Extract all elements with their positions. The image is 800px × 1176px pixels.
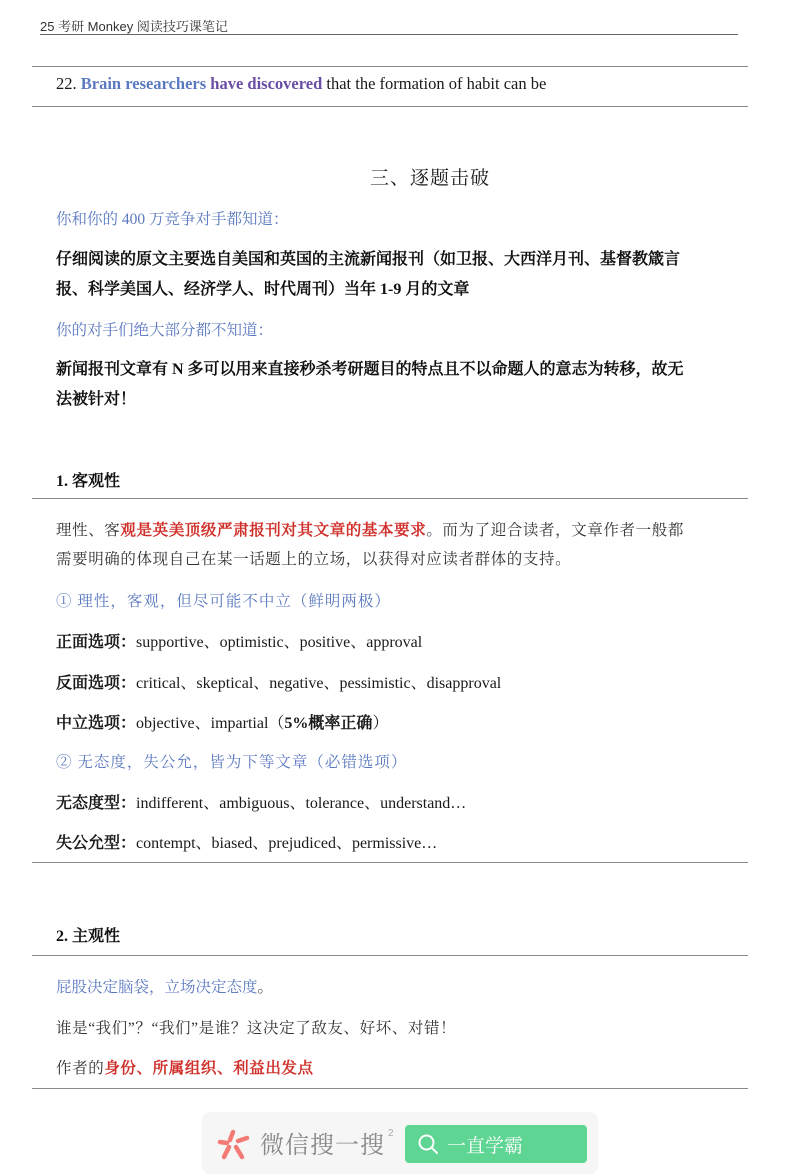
positive-words: supportive、optimistic、positive、approval	[136, 634, 422, 651]
neutral-close: ）	[372, 715, 388, 732]
motto-end: 。	[258, 979, 274, 996]
neutral-words: objective、impartial（	[136, 715, 284, 732]
wechat-search-star-icon	[216, 1127, 250, 1161]
sentence-top-divider	[32, 66, 748, 67]
no-attitude-words: indifferent、ambiguous、tolerance、understa…	[136, 795, 466, 812]
page-number: 2	[388, 1128, 394, 1139]
author-highlight: 身份、所属组织、利益出发点	[104, 1060, 313, 1077]
neutral-options: 中立选项：objective、impartial（5%概率正确）	[56, 710, 388, 733]
unknown-label: 你的对手们绝大部分都不知道：	[56, 318, 273, 340]
objectivity-divider	[32, 498, 748, 499]
header-divider	[40, 34, 738, 35]
motto-text: 屁股决定脑袋，立场决定态度	[56, 979, 258, 996]
objectivity-para-line-2: 需要明确的体现自己在某一话题上的立场，以获得对应读者群体的支持。	[56, 547, 571, 569]
author-prefix: 作者的	[56, 1060, 104, 1077]
search-icon	[417, 1133, 439, 1155]
subjectivity-author: 作者的身份、所属组织、利益出发点	[56, 1056, 314, 1078]
positive-options: 正面选项：supportive、optimistic、positive、appr…	[56, 629, 422, 652]
negative-label: 反面选项：	[56, 675, 136, 692]
sentence-bottom-divider	[32, 106, 748, 107]
unfair-words: contempt、biased、prejudiced、permissive…	[136, 835, 437, 852]
unknown-line-2: 法被针对！	[56, 386, 136, 409]
negative-options: 反面选项：critical、skeptical、negative、pessimi…	[56, 670, 501, 693]
sentence-subject: Brain researchers	[81, 74, 206, 93]
document-header-title: 25 考研 Monkey 阅读技巧课笔记	[40, 16, 228, 35]
sentence-number: 22.	[56, 74, 81, 93]
known-line-2: 报、科学美国人、经济学人、时代周刊）当年 1-9 月的文章	[56, 276, 469, 299]
point-1: ① 理性，客观，但尽可能不中立（鲜明两极）	[56, 589, 391, 611]
known-line-1: 仔细阅读的原文主要选自美国和英国的主流新闻报刊（如卫报、大西洋月刊、基督教箴言	[56, 246, 680, 269]
positive-label: 正面选项：	[56, 634, 136, 651]
neutral-label: 中立选项：	[56, 715, 136, 732]
subjectivity-end-divider	[32, 1088, 748, 1089]
unfair-label: 失公允型：	[56, 835, 136, 852]
no-attitude-options: 无态度型：indifferent、ambiguous、tolerance、und…	[56, 790, 466, 813]
section-title: 三、逐题击破	[0, 163, 800, 190]
para-suffix: 。而为了迎合读者，文章作者一般都	[426, 522, 684, 539]
negative-words: critical、skeptical、negative、pessimistic、…	[136, 675, 501, 692]
para-prefix: 理性、客	[56, 522, 120, 539]
sentence-22: 22. Brain researchers have discovered th…	[56, 74, 546, 94]
point-2: ② 无态度，失公允，皆为下等文章（必错选项）	[56, 750, 407, 772]
unknown-line-1: 新闻报刊文章有 N 多可以用来直接秒杀考研题目的特点且不以命题人的意志为转移，故…	[56, 356, 684, 379]
subjectivity-question: 谁是“我们”？“我们”是谁？这决定了敌友、好坏、对错！	[56, 1016, 456, 1038]
wechat-search-button[interactable]: 一直学霸	[405, 1125, 587, 1163]
objectivity-end-divider	[32, 862, 748, 863]
objectivity-heading: 1. 客观性	[56, 468, 120, 491]
wechat-search-label: 微信搜一搜	[260, 1125, 385, 1160]
objectivity-para-line-1: 理性、客观是英美顶级严肃报刊对其文章的基本要求。而为了迎合读者，文章作者一般都	[56, 518, 684, 540]
neutral-note: 5%概率正确	[284, 715, 372, 732]
subjectivity-motto: 屁股决定脑袋，立场决定态度。	[56, 975, 273, 997]
no-attitude-label: 无态度型：	[56, 795, 136, 812]
sentence-rest: that the formation of habit can be	[322, 74, 546, 93]
wechat-search-keyword: 一直学霸	[447, 1131, 523, 1158]
subjectivity-heading: 2. 主观性	[56, 923, 120, 946]
wechat-search-bar[interactable]: 微信搜一搜 2 一直学霸	[202, 1112, 598, 1174]
para-highlight: 观是英美顶级严肃报刊对其文章的基本要求	[120, 522, 426, 539]
unfair-options: 失公允型：contempt、biased、prejudiced、permissi…	[56, 830, 437, 853]
sentence-verb: have discovered	[206, 74, 322, 93]
known-label: 你和你的 400 万竞争对手都知道：	[56, 207, 289, 229]
subjectivity-divider	[32, 955, 748, 956]
